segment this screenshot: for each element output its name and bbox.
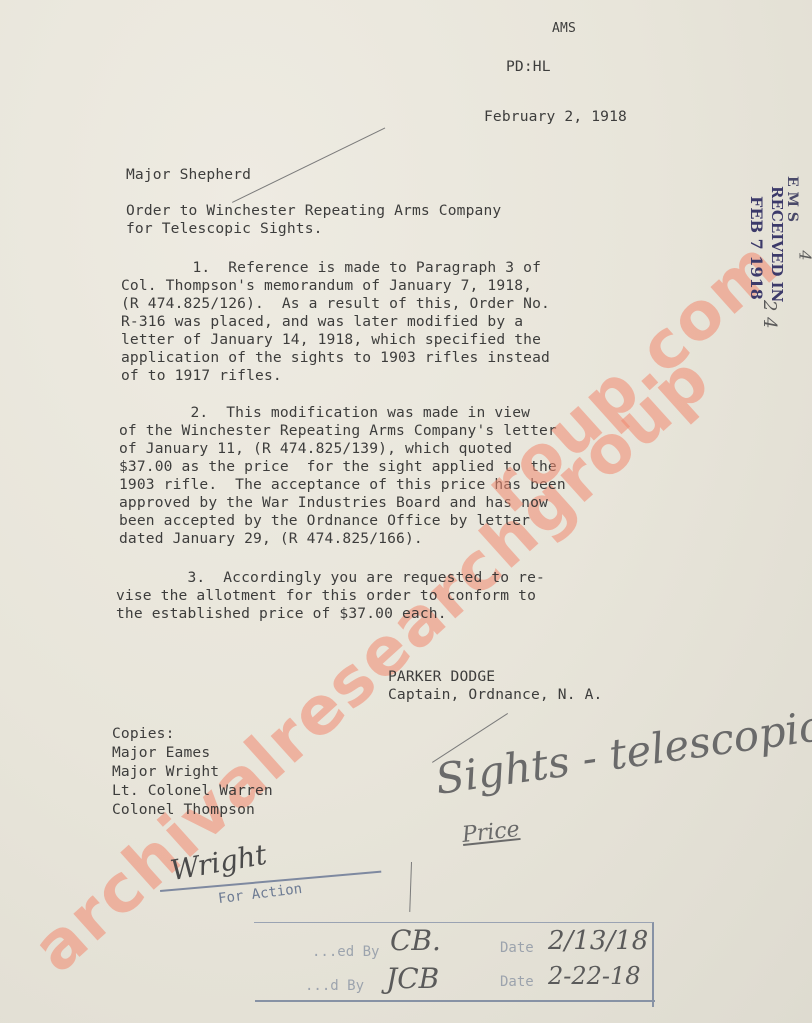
copies-recipient: Colonel Thompson xyxy=(112,801,255,820)
paragraph-line: Col. Thompson's memorandum of January 7,… xyxy=(121,277,532,296)
received-initials: E M S xyxy=(784,176,800,222)
paragraph-line: dated January 29, (R 474.825/166). xyxy=(119,530,423,549)
pencil-stroke xyxy=(232,127,385,202)
paragraph-line: 1. Reference is made to Paragraph 3 of xyxy=(121,259,541,278)
margin-number-top: 4 xyxy=(796,250,812,260)
copies-recipient: Lt. Colonel Warren xyxy=(112,782,273,801)
handwritten-price-note: Price xyxy=(461,817,521,848)
handwritten-subject-note: Sights - telescopic xyxy=(432,701,812,804)
paragraph-line: been accepted by the Ordnance Office by … xyxy=(119,512,530,531)
paragraph-line: of January 11, (R 474.825/139), which qu… xyxy=(119,440,512,459)
paragraph-line: 3. Accordingly you are requested to re- xyxy=(116,569,545,588)
routing-row2-label: ...d By xyxy=(305,978,364,994)
margin-number-bottom: 2 4 xyxy=(759,300,780,329)
routing-row1-date: 2/13/18 xyxy=(548,926,648,956)
paragraph-line: 2. This modification was made in view xyxy=(119,404,530,423)
document-page: archivalresearchgroup AMS PD:HL February… xyxy=(0,0,812,1023)
paragraph-line: letter of January 14, 1918, which specif… xyxy=(121,331,541,350)
copies-recipient: Major Wright xyxy=(112,763,219,782)
paragraph-line: of the Winchester Repeating Arms Company… xyxy=(119,422,557,441)
copies-recipient: Major Eames xyxy=(112,744,210,763)
copies-label: Copies: xyxy=(112,725,175,744)
paragraph-line: approved by the War Industries Board and… xyxy=(119,494,548,513)
received-stamp-date: FEB 7 1918 xyxy=(747,196,766,300)
paragraph-line: vise the allotment for this order to con… xyxy=(116,587,536,606)
routing-row2-initials: JCB xyxy=(386,962,439,995)
routing-row2-date: 2-22-18 xyxy=(548,962,641,990)
signatory-title: Captain, Ordnance, N. A. xyxy=(388,686,602,705)
document-date: February 2, 1918 xyxy=(484,108,627,127)
routing-row1-date-label: Date xyxy=(500,940,534,956)
routing-row1-initials: CB. xyxy=(390,924,441,957)
paragraph-line: (R 474.825/126). As a result of this, Or… xyxy=(121,295,550,314)
routing-stamp-bottom-line xyxy=(255,1000,655,1002)
pencil-vertical-stroke xyxy=(409,862,412,912)
subject-line-1: Order to Winchester Repeating Arms Compa… xyxy=(126,202,501,221)
routing-row1-label: ...ed By xyxy=(312,944,379,960)
paragraph-line: the established price of $37.00 each. xyxy=(116,605,447,624)
paragraph-line: R-316 was placed, and was later modified… xyxy=(121,313,523,332)
signatory-name: PARKER DODGE xyxy=(388,668,495,687)
subject-line-2: for Telescopic Sights. xyxy=(126,220,323,239)
routing-row2-date-label: Date xyxy=(500,974,534,990)
paragraph-line: of to 1917 rifles. xyxy=(121,367,282,386)
initials-top: AMS xyxy=(552,20,576,39)
addressee: Major Shepherd xyxy=(126,166,251,185)
paragraph-line: application of the sights to 1903 rifles… xyxy=(121,349,550,368)
reference-code: PD:HL xyxy=(506,58,551,77)
